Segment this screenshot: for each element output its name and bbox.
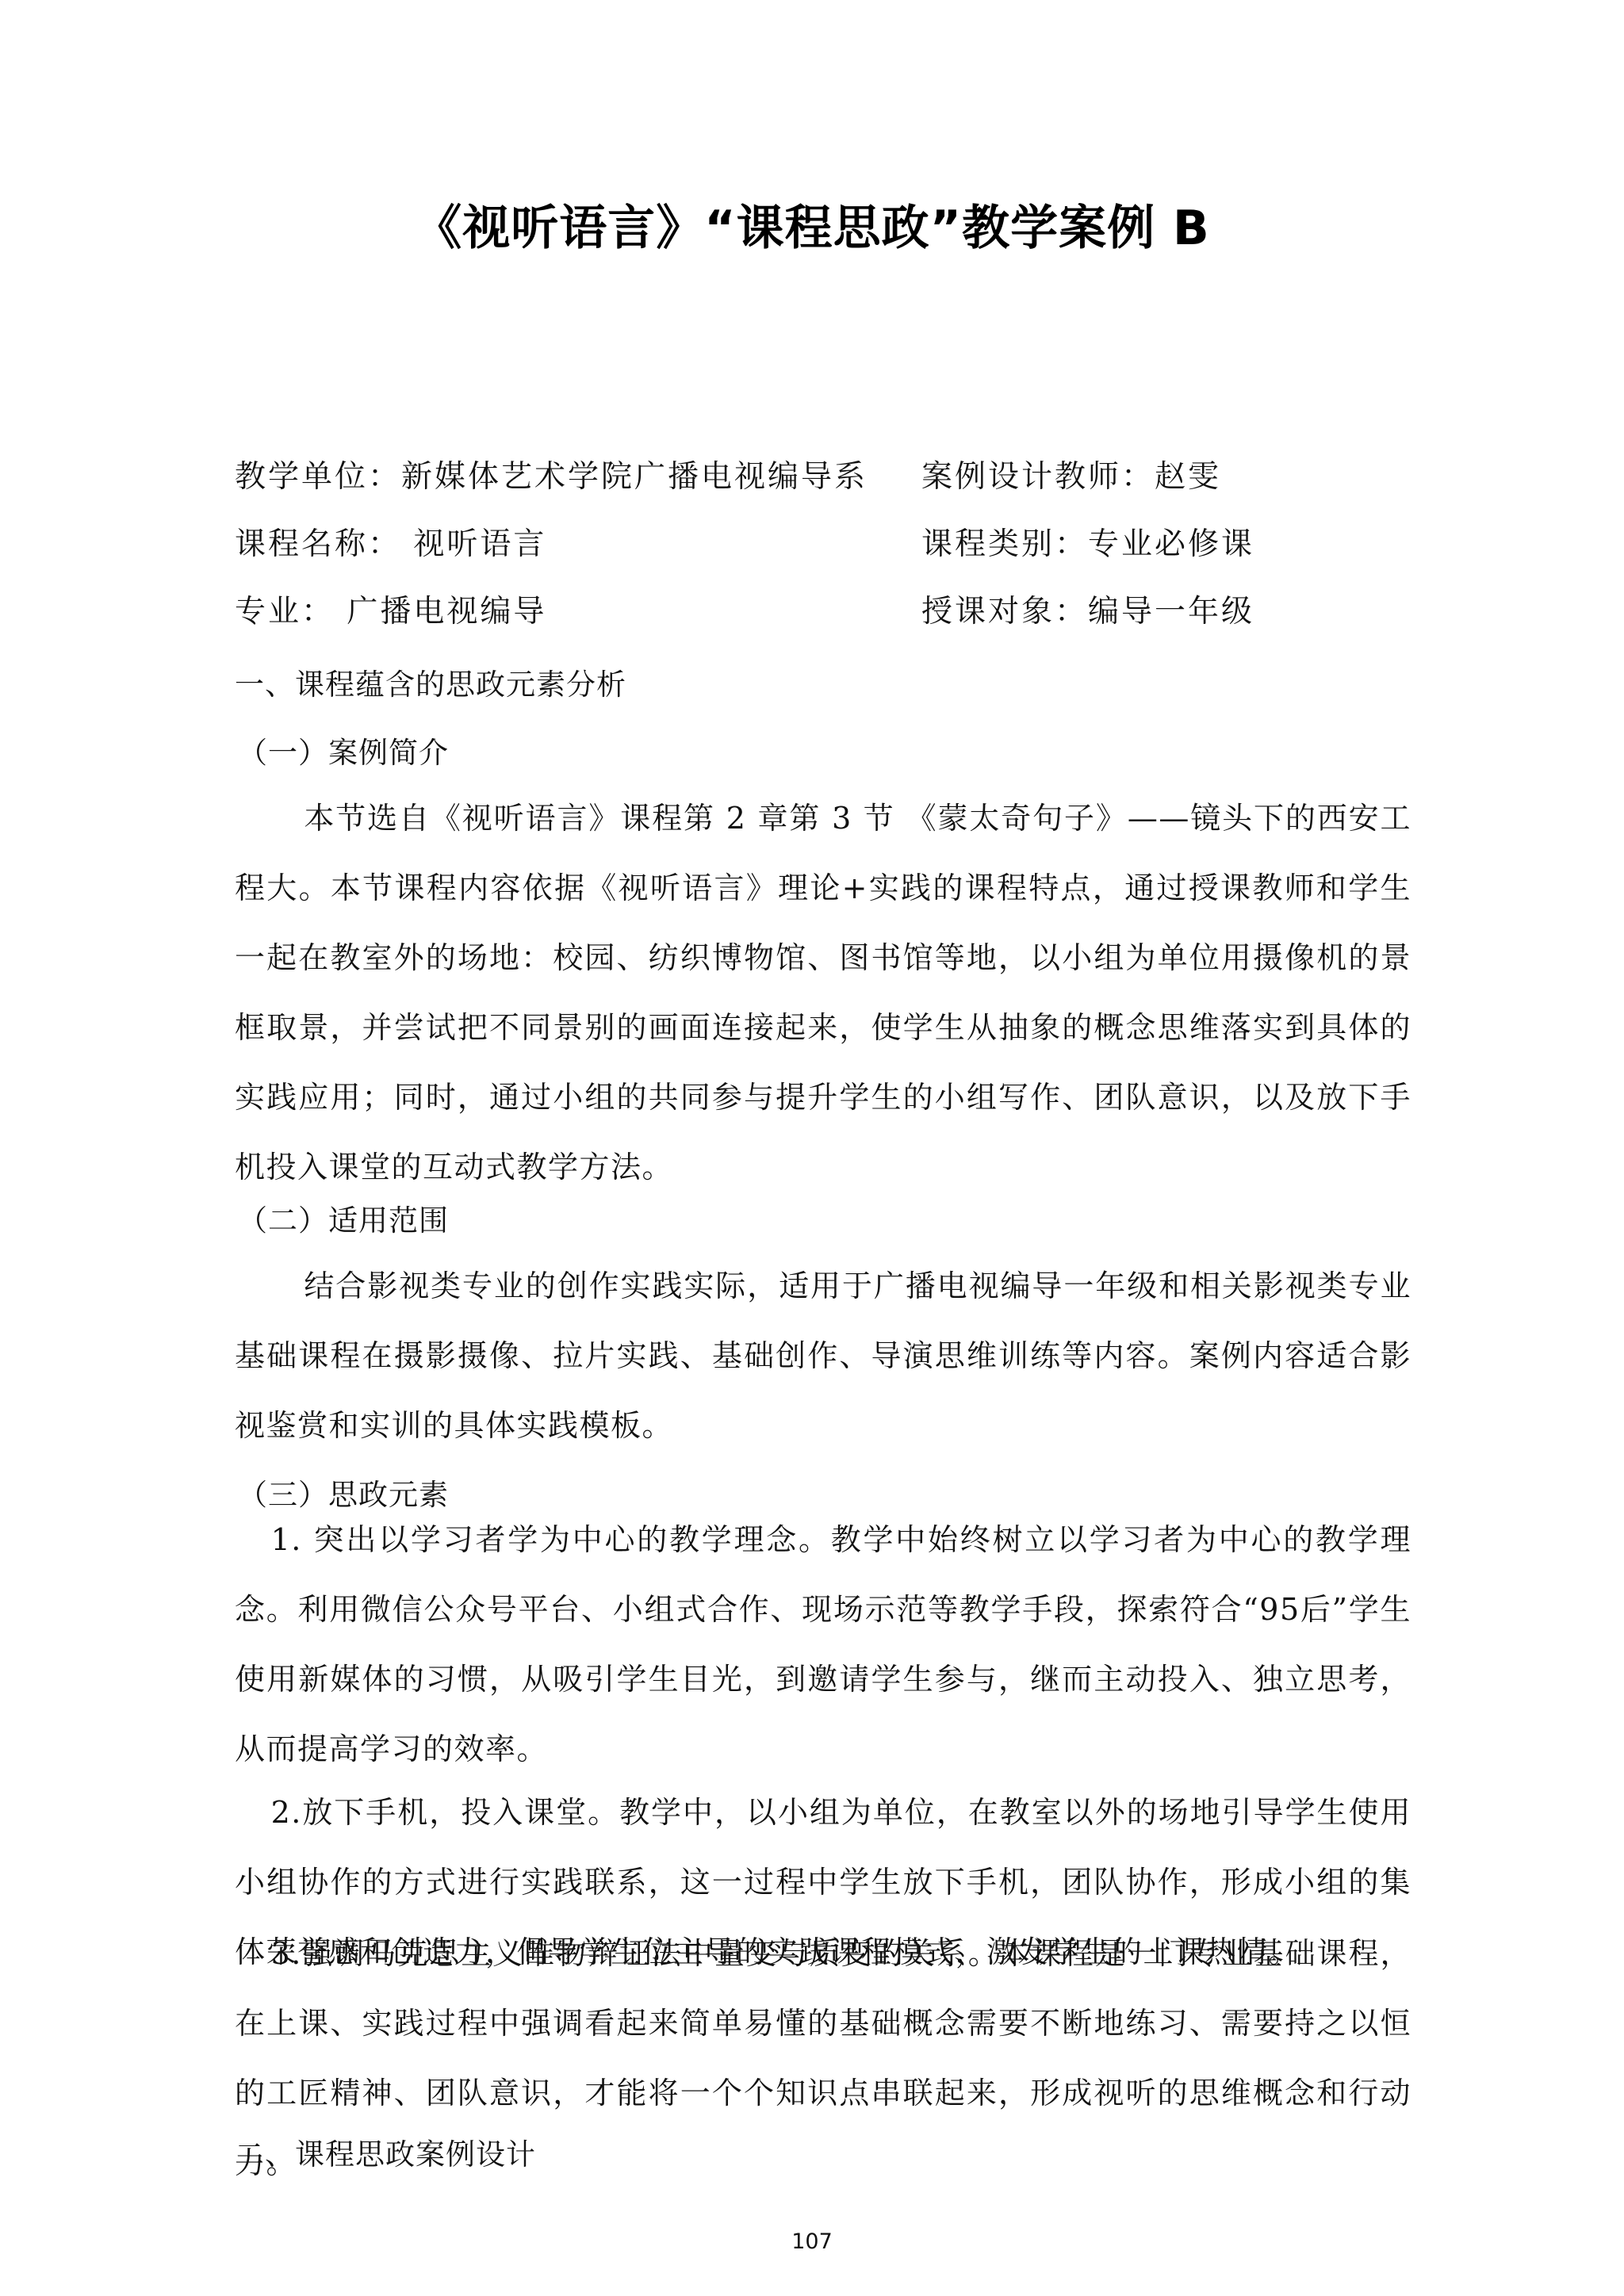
- scope-paragraph: 结合影视类专业的创作实践实际，适用于广播电视编导一年级和相关影视类专业基础课程在…: [235, 1251, 1411, 1460]
- case-designer: 案例设计教师：赵雯: [921, 453, 1221, 501]
- subsection-2-heading: （二）适用范围: [238, 1199, 449, 1243]
- case-intro-paragraph: 本节选自《视听语言》课程第 2 章第 3 节 《蒙太奇句子》——镜头下的西安工程…: [235, 783, 1411, 1202]
- page-number: 107: [0, 2226, 1624, 2258]
- teaching-unit: 教学单位：新媒体艺术学院广播电视编导系: [235, 453, 868, 501]
- section-1-heading: 一、课程蕴含的思政元素分析: [235, 663, 626, 707]
- target-students: 授课对象：编导一年级: [921, 588, 1254, 636]
- subsection-1-heading: （一）案例简介: [238, 731, 449, 775]
- element-item-1: 1. 突出以学习者学为中心的教学理念。教学中始终树立以学习者为中心的教学理念。利…: [235, 1505, 1411, 1784]
- course-category: 课程类别：专业必修课: [921, 521, 1254, 568]
- section-2-heading: 二、课程思政案例设计: [235, 2133, 536, 2177]
- document-page: 《视听语言》“课程思政”教学案例 B 教学单位：新媒体艺术学院广播电视编导系 案…: [0, 0, 1624, 2296]
- major: 专业： 广播电视编导: [235, 588, 546, 636]
- info-row-major: 专业： 广播电视编导 授课对象：编导一年级: [235, 588, 1424, 636]
- course-name: 课程名称： 视听语言: [235, 521, 546, 568]
- document-title: 《视听语言》“课程思政”教学案例 B: [0, 197, 1624, 260]
- info-row-unit: 教学单位：新媒体艺术学院广播电视编导系 案例设计教师：赵雯: [235, 453, 1424, 501]
- info-row-course: 课程名称： 视听语言 课程类别：专业必修课: [235, 521, 1424, 568]
